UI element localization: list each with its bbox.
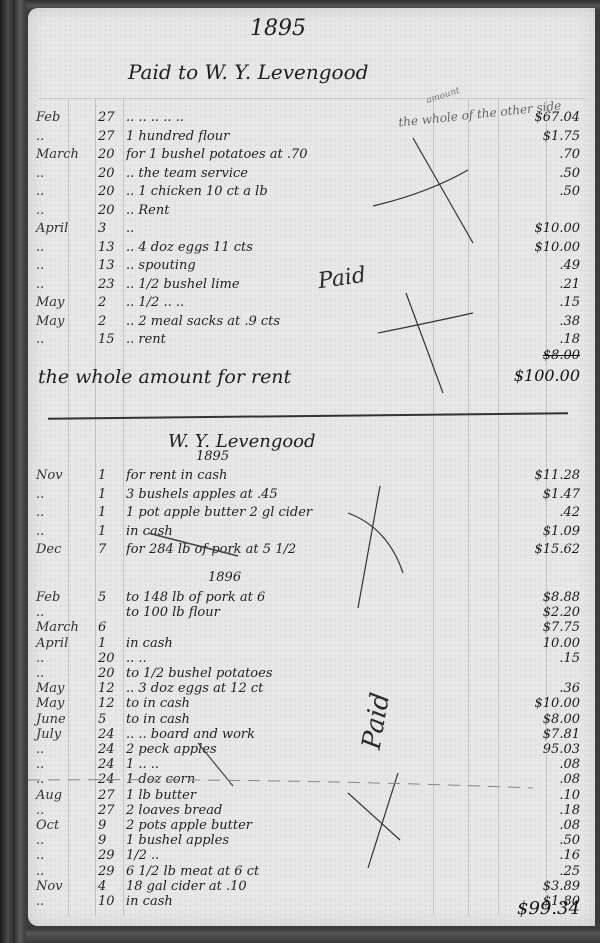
entry-description: .. 1/2 .. ..: [126, 295, 446, 310]
ledger-entry: ..20.. Rent: [28, 203, 595, 221]
entry-month: ..: [36, 894, 98, 909]
entry-day: 27: [98, 788, 124, 803]
entry-amount: $10.00: [468, 221, 580, 236]
entry-month: June: [36, 712, 98, 727]
entry-description: ..: [126, 221, 446, 236]
entry-description: 1 pot apple butter 2 gl cider: [126, 505, 446, 520]
entry-day: 24: [98, 742, 124, 757]
entry-description: .. 3 doz eggs at 12 ct: [126, 681, 446, 696]
entry-day: 6: [98, 620, 124, 635]
ledger-entry: April3..$10.00: [28, 221, 595, 239]
annotation-superscript: amount: [425, 87, 461, 106]
section2-year: 1895: [196, 450, 229, 463]
entry-month: May: [36, 314, 98, 329]
entry-description: for 284 lb of pork at 5 1/2: [126, 542, 446, 557]
entry-day: 2: [98, 314, 124, 329]
entry-month: ..: [36, 651, 98, 666]
entry-description: .. ..: [126, 651, 446, 666]
entry-day: 3: [98, 221, 124, 236]
entry-day: 23: [98, 277, 124, 292]
ledger-page: 1895 Paid to W. Y. Levengood amount the …: [28, 8, 595, 926]
entry-description: for rent in cash: [126, 468, 446, 483]
entry-description: .. Rent: [126, 203, 446, 218]
entry-month: ..: [36, 772, 98, 787]
entry-month: ..: [36, 505, 98, 520]
entry-description: 1 doz corn: [126, 772, 446, 787]
entry-amount: .18: [468, 332, 580, 347]
entry-month: April: [36, 221, 98, 236]
entry-month: Nov: [36, 468, 98, 483]
entry-month: Oct: [36, 818, 98, 833]
entry-amount: .42: [468, 505, 580, 520]
entry-day: 29: [98, 864, 124, 879]
entry-description: to in cash: [126, 712, 446, 727]
entry-day: 20: [98, 651, 124, 666]
entry-month: ..: [36, 864, 98, 879]
entry-day: 12: [98, 681, 124, 696]
entry-day: 1: [98, 468, 124, 483]
section-divider: [48, 412, 568, 419]
entry-day: 27: [98, 129, 124, 144]
entry-day: 5: [98, 590, 124, 605]
entry-month: ..: [36, 848, 98, 863]
entry-day: 10: [98, 894, 124, 909]
ledger-entry: ..20.. the team service.50: [28, 166, 595, 184]
entry-amount: $67.04: [468, 110, 580, 125]
entry-amount: .38: [468, 314, 580, 329]
entry-amount: $10.00: [468, 696, 580, 711]
entry-month: ..: [36, 742, 98, 757]
entry-amount: $15.62: [468, 542, 580, 557]
entry-month: ..: [36, 166, 98, 181]
entry-month: ..: [36, 605, 98, 620]
entry-description: 1/2 ..: [126, 848, 446, 863]
entry-month: Dec: [36, 542, 98, 557]
entry-amount: $7.81: [468, 727, 580, 742]
entry-month: ..: [36, 757, 98, 772]
ledger-entry: Nov1for rent in cash$11.28: [28, 468, 595, 486]
entry-description: 1 hundred flour: [126, 129, 446, 144]
entry-amount: $7.75: [468, 620, 580, 635]
entry-day: 9: [98, 833, 124, 848]
entry-day: 27: [98, 803, 124, 818]
entry-amount: .16: [468, 848, 580, 863]
section2-total: $99.34: [468, 898, 580, 919]
ledger-entry: ..271 hundred flour$1.75: [28, 129, 595, 147]
entry-amount: .15: [468, 295, 580, 310]
entry-day: 20: [98, 203, 124, 218]
entry-month: Feb: [36, 590, 98, 605]
ledger-entry: ..13 bushels apples at .45$1.47: [28, 487, 595, 505]
ledger-entry: Feb27.. .. .. .. ..$67.04: [28, 110, 595, 128]
entry-day: 12: [98, 696, 124, 711]
ledger-entry: ..23.. 1/2 bushel lime.21: [28, 277, 595, 295]
entry-amount: .08: [468, 772, 580, 787]
entry-description: in cash: [126, 894, 446, 909]
year-break: 1896: [208, 571, 241, 584]
entry-description: .. spouting: [126, 258, 446, 273]
entry-amount: .50: [468, 166, 580, 181]
entry-description: .. 1/2 bushel lime: [126, 277, 446, 292]
entry-month: ..: [36, 524, 98, 539]
entry-day: 27: [98, 110, 124, 125]
entry-amount: .49: [468, 258, 580, 273]
entry-day: 9: [98, 818, 124, 833]
ledger-entry: ..13.. 4 doz eggs 11 cts$10.00: [28, 240, 595, 258]
entry-description: 2 loaves bread: [126, 803, 446, 818]
entry-amount: .36: [468, 681, 580, 696]
entry-description: 1 bushel apples: [126, 833, 446, 848]
entry-month: ..: [36, 129, 98, 144]
entry-amount: .15: [468, 651, 580, 666]
entry-day: 29: [98, 848, 124, 863]
entry-description: to 148 lb of pork at 6: [126, 590, 446, 605]
entry-description: 2 peck apples: [126, 742, 446, 757]
entry-description: .. 4 doz eggs 11 cts: [126, 240, 446, 255]
entry-description: .. rent: [126, 332, 446, 347]
entry-amount: .08: [468, 757, 580, 772]
entry-amount: 10.00: [468, 636, 580, 651]
entry-amount: .21: [468, 277, 580, 292]
ledger-entry: Dec7for 284 lb of pork at 5 1/2$15.62: [28, 542, 595, 560]
entry-day: 13: [98, 240, 124, 255]
entry-day: 4: [98, 879, 124, 894]
entry-month: Feb: [36, 110, 98, 125]
entry-description: 2 pots apple butter: [126, 818, 446, 833]
entry-day: 13: [98, 258, 124, 273]
entry-month: March: [36, 147, 98, 162]
ledger-entry: May2.. 1/2 .. ...15: [28, 295, 595, 313]
entry-month: July: [36, 727, 98, 742]
year-header: 1895: [250, 18, 306, 40]
entry-amount: $1.09: [468, 524, 580, 539]
entry-amount: .50: [468, 184, 580, 199]
entry-month: May: [36, 295, 98, 310]
entry-amount: $1.47: [468, 487, 580, 502]
entry-description: .. the team service: [126, 166, 446, 181]
entry-amount: .18: [468, 803, 580, 818]
entry-month: ..: [36, 203, 98, 218]
section1-total: $100.00: [468, 366, 580, 385]
entry-description: in cash: [126, 524, 446, 539]
entry-description: 3 bushels apples at .45: [126, 487, 446, 502]
entry-month: ..: [36, 277, 98, 292]
entry-description: 1 lb butter: [126, 788, 446, 803]
entry-description: 6 1/2 lb meat at 6 ct: [126, 864, 446, 879]
entry-month: ..: [36, 258, 98, 273]
entry-amount: $8.00: [468, 712, 580, 727]
entry-month: May: [36, 696, 98, 711]
header-rule: [38, 98, 585, 99]
total-label: the whole amount for rent: [38, 366, 291, 388]
entry-day: 1: [98, 487, 124, 502]
struck-subtotal: $8.00: [468, 348, 580, 363]
entry-day: 1: [98, 524, 124, 539]
entry-day: 24: [98, 757, 124, 772]
entry-day: 20: [98, 147, 124, 162]
entry-month: Aug: [36, 788, 98, 803]
entry-description: to in cash: [126, 696, 446, 711]
ledger-entry: March20for 1 bushel potatoes at .70.70: [28, 147, 595, 165]
entry-description: in cash: [126, 636, 446, 651]
entry-description: for 1 bushel potatoes at .70: [126, 147, 446, 162]
entry-month: ..: [36, 666, 98, 681]
ledger-entry: ..20.. 1 chicken 10 ct a lb.50: [28, 184, 595, 202]
entry-month: May: [36, 681, 98, 696]
entry-description: .. .. .. .. ..: [126, 110, 446, 125]
entry-month: ..: [36, 487, 98, 502]
entry-month: ..: [36, 803, 98, 818]
entry-description: to 1/2 bushel potatoes: [126, 666, 446, 681]
entry-month: April: [36, 636, 98, 651]
entry-day: 7: [98, 542, 124, 557]
entry-month: ..: [36, 184, 98, 199]
entry-amount: $3.89: [468, 879, 580, 894]
entry-month: Nov: [36, 879, 98, 894]
entry-day: 24: [98, 772, 124, 787]
entry-amount: .10: [468, 788, 580, 803]
ledger-entry: ..1in cash$1.09: [28, 524, 595, 542]
entry-day: 1: [98, 636, 124, 651]
entry-description: 18 gal cider at .10: [126, 879, 446, 894]
entry-month: March: [36, 620, 98, 635]
entry-description: .. 2 meal sacks at .9 cts: [126, 314, 446, 329]
entry-amount: 95.03: [468, 742, 580, 757]
entry-day: 1: [98, 505, 124, 520]
entry-amount: .70: [468, 147, 580, 162]
entry-month: ..: [36, 833, 98, 848]
entry-amount: $1.75: [468, 129, 580, 144]
entry-description: 1 .. ..: [126, 757, 446, 772]
section2-heading: W. Y. Levengood: [168, 433, 316, 451]
entry-day: 24: [98, 727, 124, 742]
entry-month: ..: [36, 332, 98, 347]
entry-day: 5: [98, 712, 124, 727]
entry-description: to 100 lb flour: [126, 605, 446, 620]
entry-amount: .08: [468, 818, 580, 833]
entry-amount: $2.20: [468, 605, 580, 620]
entry-day: 15: [98, 332, 124, 347]
ledger-entry: ..11 pot apple butter 2 gl cider.42: [28, 505, 595, 523]
section1-heading: Paid to W. Y. Levengood: [128, 62, 368, 82]
entry-amount: $11.28: [468, 468, 580, 483]
entry-description: .. .. board and work: [126, 727, 446, 742]
entry-amount: .50: [468, 833, 580, 848]
entry-amount: .25: [468, 864, 580, 879]
ledger-entry: ..13.. spouting.49: [28, 258, 595, 276]
entry-amount: $10.00: [468, 240, 580, 255]
entry-day: 20: [98, 184, 124, 199]
entry-day: 2: [98, 295, 124, 310]
entry-description: .. 1 chicken 10 ct a lb: [126, 184, 446, 199]
entry-amount: $8.88: [468, 590, 580, 605]
entry-day: 20: [98, 166, 124, 181]
ledger-entry: May2.. 2 meal sacks at .9 cts.38: [28, 314, 595, 332]
entry-day: 20: [98, 666, 124, 681]
entry-month: ..: [36, 240, 98, 255]
